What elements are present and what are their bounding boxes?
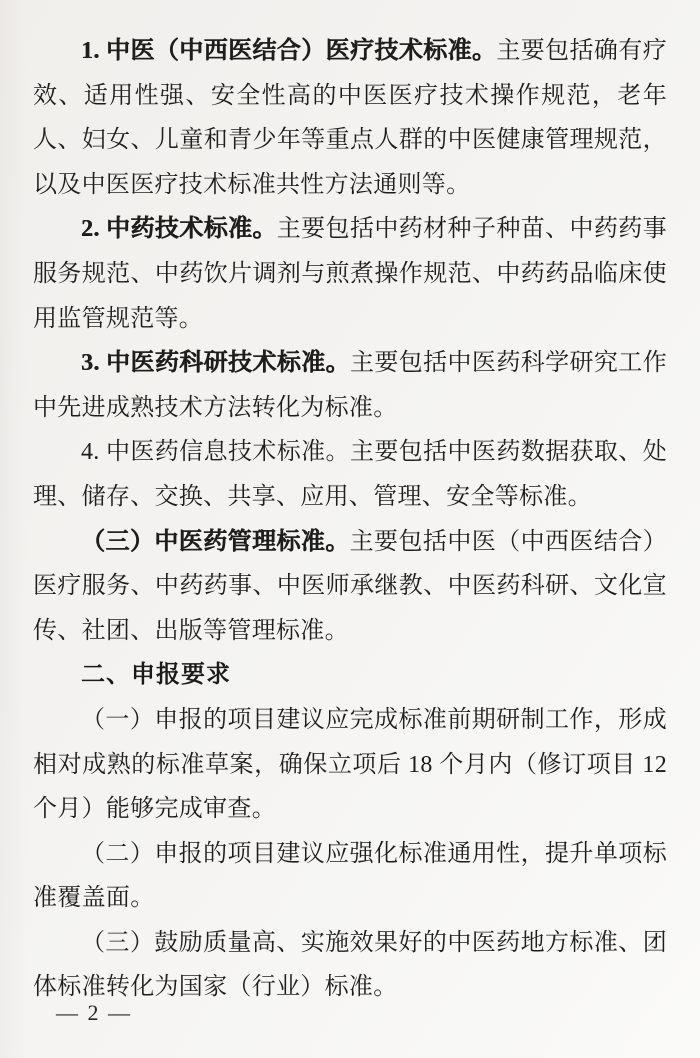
document-page: 1. 中医（中西医结合）医疗技术标准。主要包括确有疗效、适用性强、安全性高的中医… bbox=[0, 0, 700, 1058]
paragraph-lead: 2. 中药技术标准。 bbox=[81, 216, 277, 242]
paragraph-lead: 4. 中医药信息技术标准。 bbox=[81, 439, 350, 465]
paragraph-lead: 1. 中医（中西医结合）医疗技术标准。 bbox=[81, 38, 496, 64]
paragraph-text: （一）申报的项目建议应完成标准前期研制工作，形成相对成熟的标准草案，确保立项后 … bbox=[33, 707, 667, 822]
paragraph-lead: （三）中医药管理标准。 bbox=[81, 529, 350, 555]
paragraph-tcm-medical-tech-standard: 1. 中医（中西医结合）医疗技术标准。主要包括确有疗效、适用性强、安全性高的中医… bbox=[33, 29, 667, 207]
paragraph-tcm-information-tech-standard: 4. 中医药信息技术标准。主要包括中医药数据获取、处理、储存、交换、共享、应用、… bbox=[33, 430, 667, 519]
paragraph-requirement-1: （一）申报的项目建议应完成标准前期研制工作，形成相对成熟的标准草案，确保立项后 … bbox=[33, 698, 667, 832]
paragraph-tcm-research-tech-standard: 3. 中医药科研技术标准。主要包括中医药科学研究工作中先进成熟技术方法转化为标准… bbox=[33, 341, 667, 430]
paragraph-tcm-management-standard: （三）中医药管理标准。主要包括中医（中西医结合）医疗服务、中药药事、中医师承继教… bbox=[33, 520, 667, 654]
scan-edge-shadow bbox=[0, 0, 26, 1058]
page-number: — 2 — bbox=[56, 1000, 132, 1025]
paragraph-lead: 3. 中医药科研技术标准。 bbox=[81, 350, 350, 376]
section-heading-application-requirements: 二、申报要求 bbox=[33, 653, 667, 698]
page-footer: — 2 — bbox=[56, 1000, 132, 1026]
paragraph-text: （二）申报的项目建议应强化标准通用性，提升单项标准覆盖面。 bbox=[33, 841, 667, 912]
paragraph-text: （三）鼓励质量高、实施效果好的中医药地方标准、团体标准转化为国家（行业）标准。 bbox=[33, 930, 667, 1001]
document-body: 1. 中医（中西医结合）医疗技术标准。主要包括确有疗效、适用性强、安全性高的中医… bbox=[33, 29, 667, 1010]
paragraph-tcm-drug-tech-standard: 2. 中药技术标准。主要包括中药材种子种苗、中药药事服务规范、中药饮片调剂与煎煮… bbox=[33, 207, 667, 341]
paragraph-requirement-3: （三）鼓励质量高、实施效果好的中医药地方标准、团体标准转化为国家（行业）标准。 bbox=[33, 921, 667, 1010]
paragraph-requirement-2: （二）申报的项目建议应强化标准通用性，提升单项标准覆盖面。 bbox=[33, 832, 667, 921]
